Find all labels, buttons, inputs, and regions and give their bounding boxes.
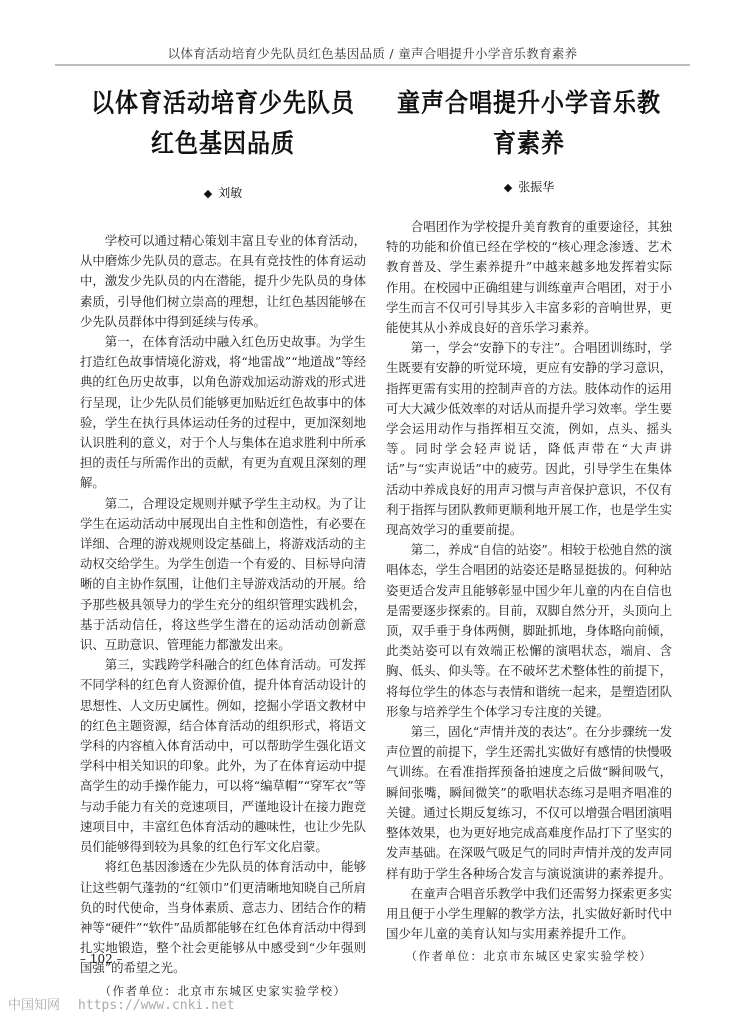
paragraph: 第三，实践跨学科融合的红色体育活动。可发挥不同学科的红色育人资源价值，提升体育活… bbox=[80, 655, 366, 857]
left-title-line-1: 以体育活动培育少先队员 bbox=[80, 84, 366, 124]
left-article-body: 学校可以通过精心策划丰富且专业的体育活动，从中磨炼少先队员的意志。在具有竞技性的… bbox=[80, 231, 366, 979]
footer-watermark: 中国知网https://www.cnki.net bbox=[8, 994, 235, 1013]
right-article-affiliation: （作者单位：北京市东城区史家实验学校） bbox=[386, 946, 672, 966]
right-article-author: ◆张振华 bbox=[386, 178, 672, 195]
left-title-line-2: 红色基因品质 bbox=[80, 124, 366, 164]
header-rule bbox=[55, 64, 690, 66]
left-article: 以体育活动培育少先队员 红色基因品质 ◆刘敏 学校可以通过精心策划丰富且专业的体… bbox=[80, 88, 366, 1001]
paragraph: 第二，合理设定规则并赋予学生主动权。为了让学生在运动活动中展现出自主性和创造性，… bbox=[80, 494, 366, 656]
right-article: 童声合唱提升小学音乐教育素养 ◆张振华 合唱团作为学校提升美育教育的重要途径，其… bbox=[386, 88, 672, 966]
paragraph: 第二，养成“自信的站姿”。相较于松弛自然的演唱体态，学生合唱团的站姿还是略显挺拔… bbox=[386, 540, 672, 722]
left-article-author: ◆刘敏 bbox=[80, 184, 366, 201]
paragraph: 学校可以通过精心策划丰富且专业的体育活动，从中磨炼少先队员的意志。在具有竞技性的… bbox=[80, 231, 366, 332]
right-article-title: 童声合唱提升小学音乐教育素养 bbox=[386, 84, 672, 165]
diamond-bullet-icon: ◆ bbox=[504, 181, 512, 194]
diamond-bullet-icon: ◆ bbox=[204, 187, 212, 200]
author-name: 张振华 bbox=[518, 180, 554, 194]
paragraph: 将红色基因渗透在少先队员的体育活动中，能够让这些朝气蓬勃的“红领巾”们更清晰地知… bbox=[80, 857, 366, 978]
running-head: 以体育活动培育少先队员红色基因品质 / 童声合唱提升小学音乐教育素养 bbox=[55, 44, 690, 62]
paragraph: 第一，学会“安静下的专注”。合唱团训练时，学生既要有安静的听觉环境，更应有安静的… bbox=[386, 338, 672, 540]
paragraph: 第一，在体育活动中融入红色历史故事。为学生打造红色故事情境化游戏，将“地雷战”“… bbox=[80, 332, 366, 494]
site-name: 中国知网 bbox=[8, 998, 60, 1013]
site-url[interactable]: https://www.cnki.net bbox=[78, 998, 235, 1013]
left-article-title: 以体育活动培育少先队员 红色基因品质 bbox=[80, 84, 366, 165]
paragraph: 合唱团作为学校提升美育教育的重要途径，其独特的功能和价值已经在学校的“核心理念渗… bbox=[386, 217, 672, 338]
author-name: 刘敏 bbox=[218, 186, 242, 200]
page-number: – 102 – bbox=[80, 952, 123, 966]
right-article-body: 合唱团作为学校提升美育教育的重要途径，其独特的功能和价值已经在学校的“核心理念渗… bbox=[386, 217, 672, 944]
paragraph: 在童声合唱音乐教学中我们还需努力探索更多实用且便于小学生理解的教学方法，扎实做好… bbox=[386, 884, 672, 945]
paragraph: 第三，固化“声情并茂的表达”。在分步骤统一发声位置的前提下，学生还需扎实做好有感… bbox=[386, 722, 672, 884]
